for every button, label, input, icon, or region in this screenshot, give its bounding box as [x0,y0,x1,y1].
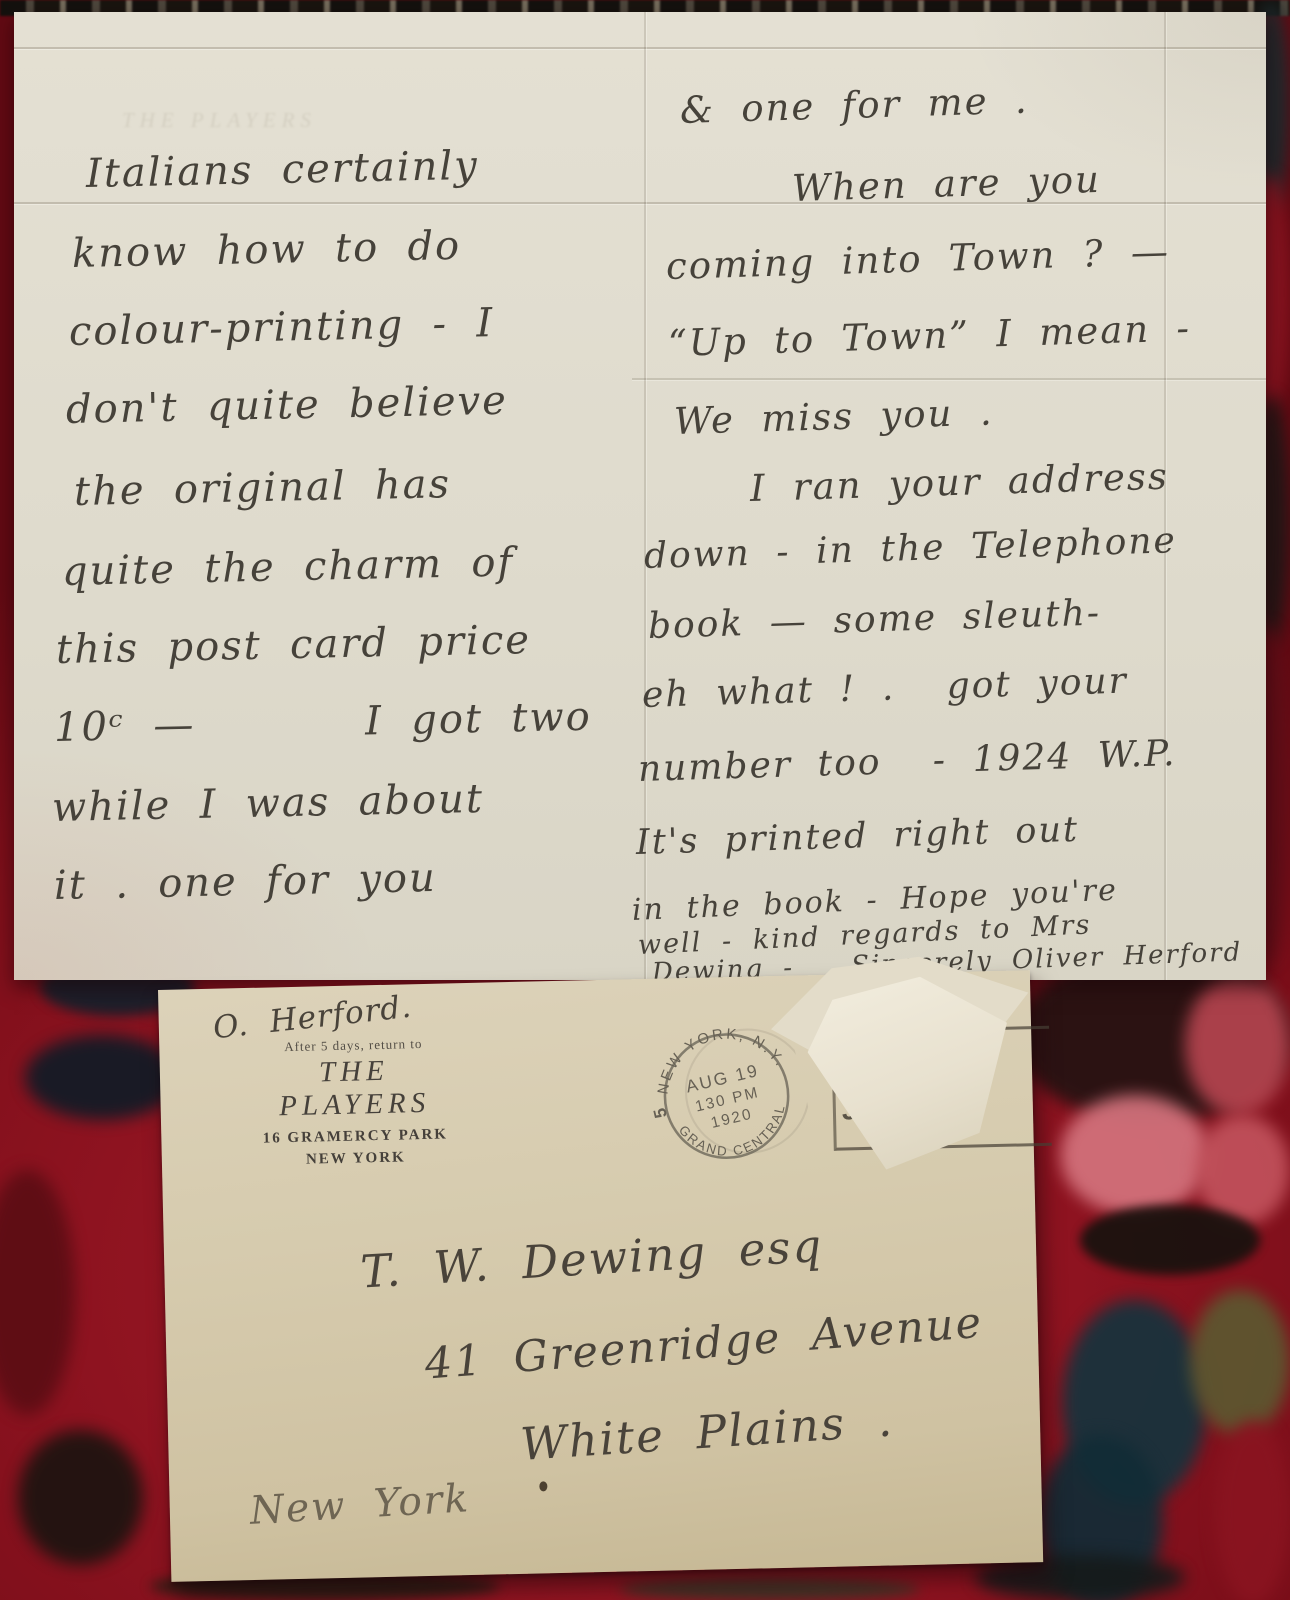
fold-crease [632,378,1266,380]
letter-line: & one for me . [679,82,1029,129]
club-city: NEW YORK [246,1148,466,1170]
return-address-block: After 5 days, return to THE PLAYERS 16 G… [243,1035,466,1170]
carpet-motif [18,1430,143,1565]
letter-line: down - in the Telephone [643,523,1177,575]
carpet-motif [1185,975,1290,1115]
letter-line: 10ᶜ — I got two [54,697,593,748]
carpet-motif [1060,1095,1210,1215]
letter-line: quite the charm of [62,543,515,592]
address-line-street: 41 Greenridge Avenue [423,1302,984,1387]
letter-line: It's printed right out [635,813,1079,861]
letter-line: I ran your address [749,458,1169,507]
letter-sheet: THE PLAYERS Italians certainly know how … [14,12,1266,980]
letter-line: Italians certainly [86,146,480,194]
carpet-motif [0,1170,75,1415]
letter-line: number too - 1924 W.P. [637,736,1176,788]
letter-line: book — some sleuth- [647,596,1101,645]
carpet-motif [620,1578,920,1600]
letter-line: colour-printing - I [69,303,495,352]
photo-scene: THE PLAYERS Italians certainly know how … [0,0,1290,1600]
letter-line: don't quite believe [66,381,509,430]
letter-line: this post card price [56,620,532,670]
club-street: 16 GRAMERCY PARK [245,1126,465,1148]
stain-dot [539,1481,547,1491]
envelope: O. Herford. After 5 days, return to THE … [158,970,1043,1582]
letter-line: it . one for you [54,858,438,906]
letter-line: We miss you . [673,394,994,440]
letter-line: eh what ! . got your [641,664,1128,714]
letter-line: know how to do [72,226,462,274]
address-line-city: White Plains . [519,1397,895,1467]
carpet-motif [25,1035,180,1120]
letter-line: “Up to Town” I mean - [667,309,1191,362]
address-line-state: New York [249,1479,471,1531]
letter-line: the original has [74,464,452,512]
carpet-motif [1215,1420,1290,1600]
address-line-name: T. W. Dewing esq [359,1223,824,1295]
letterhead-showthrough: THE PLAYERS [122,108,317,133]
fold-crease [14,47,1266,49]
club-name: THE PLAYERS [244,1053,465,1124]
carpet-motif [1190,1290,1290,1435]
carpet-motif [1080,1205,1260,1275]
fold-crease [14,202,1266,204]
letter-line: When are you [791,161,1101,207]
letter-line: while I was about [52,779,485,828]
letter-line: coming into Town ? — [665,233,1170,285]
